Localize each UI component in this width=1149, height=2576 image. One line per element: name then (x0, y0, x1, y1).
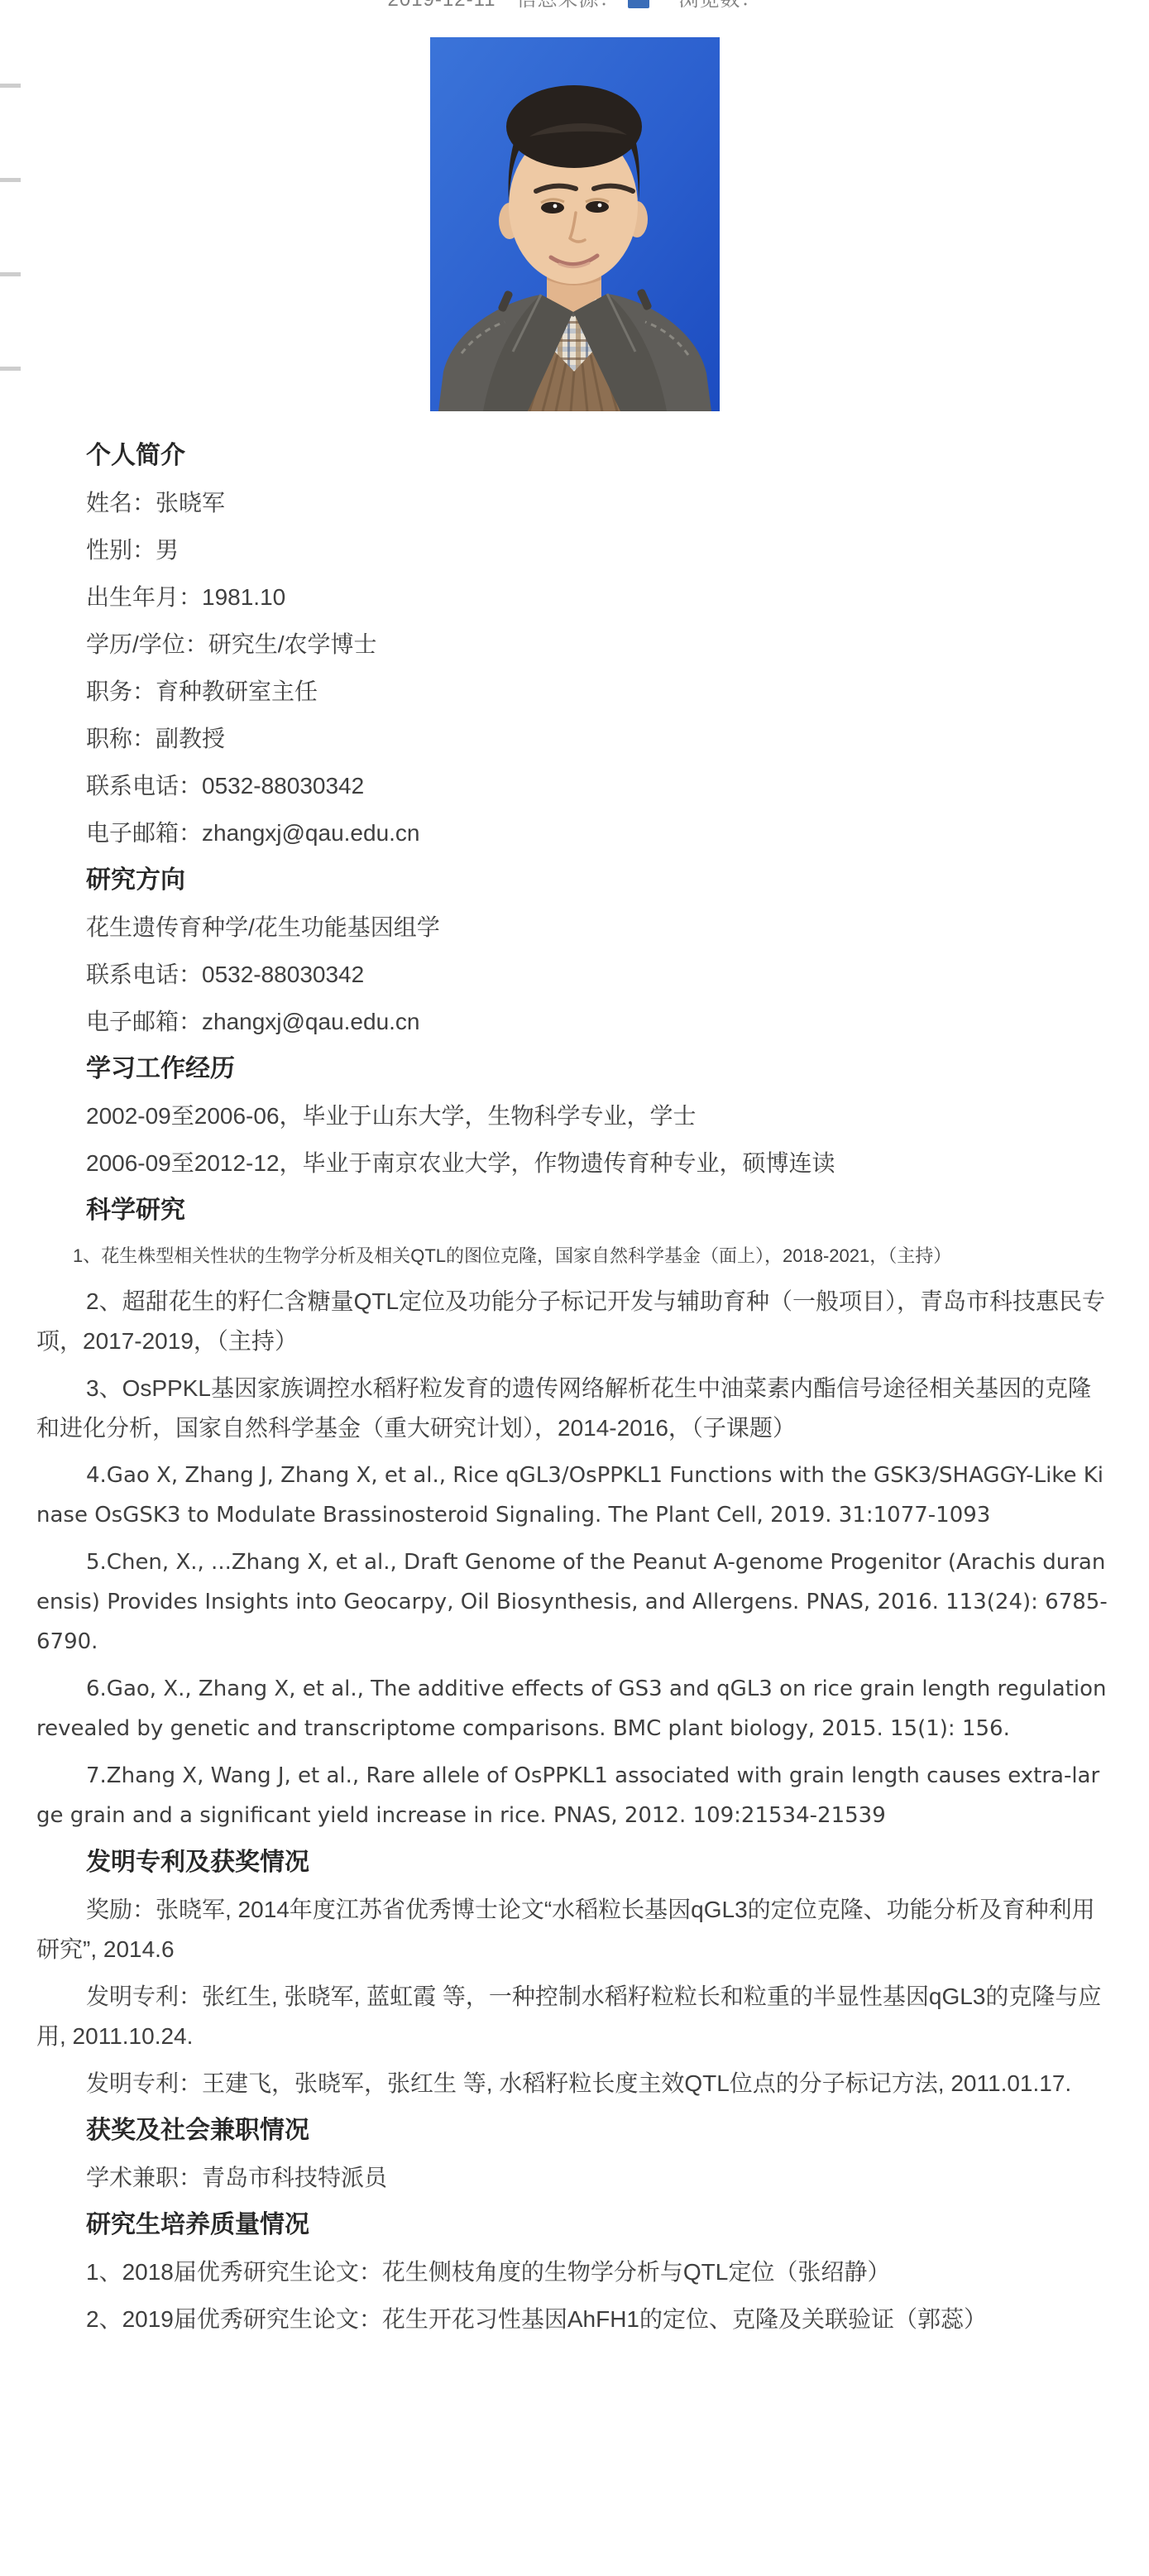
side-widget-dash (0, 367, 21, 371)
patent-item: 发明专利：王建飞，张晓军，张红生 等, 水稻籽粒长度主效QTL位点的分子标记方法… (36, 2064, 1113, 2103)
field-education-degree: 学历/学位：研究生/农学博士 (36, 625, 1113, 664)
project-item: 2、超甜花生的籽仁含糖量QTL定位及功能分子标记开发与辅助育种（一般项目），青岛… (36, 1282, 1113, 1361)
section-heading-personal-intro: 个人简介 (36, 436, 1113, 476)
profile-content: 个人简介 姓名：张晓军 性别：男 出生年月：1981.10 学历/学位：研究生/… (36, 436, 1113, 2339)
publication-item: 7.Zhang X, Wang J, et al., Rare allele o… (36, 1756, 1113, 1835)
meta-views-link-fragment[interactable] (628, 0, 649, 8)
section-heading-scientific-research: 科学研究 (36, 1191, 1113, 1230)
field-name: 姓名：张晓军 (36, 483, 1113, 523)
field-position: 职务：育种教研室主任 (36, 672, 1113, 712)
faculty-profile-page: 2019-12-11 信息来源： 浏览数： (0, 0, 1149, 2576)
thesis-item: 1、2018届优秀研究生论文：花生侧枝角度的生物学分析与QTL定位（张绍静） (36, 2252, 1113, 2292)
project-item: 1、花生株型相关性状的生物学分析及相关QTL的图位克隆，国家自然科学基金（面上）… (36, 1238, 1113, 1274)
profile-photo (430, 37, 720, 411)
portrait-illustration (430, 37, 720, 411)
experience-item: 2006-09至2012-12，毕业于南京农业大学，作物遗传育种专业，硕博连读 (36, 1144, 1113, 1183)
patent-item: 发明专利：张红生, 张晓军, 蓝虹霞 等，一种控制水稻籽粒粒长和粒重的半显性基因… (36, 1977, 1113, 2056)
publication-item: 5.Chen, X., ...Zhang X, et al., Draft Ge… (36, 1542, 1113, 1662)
section-heading-graduate-training: 研究生培养质量情况 (36, 2205, 1113, 2245)
field-phone: 联系电话：0532-88030342 (36, 955, 1113, 995)
side-widget-dash (0, 178, 21, 182)
publication-item: 4.Gao X, Zhang J, Zhang X, et al., Rice … (36, 1456, 1113, 1535)
field-email: 电子邮箱：zhangxj@qau.edu.cn (36, 813, 1113, 853)
meta-date-source: 2019-12-11 信息来源： (388, 0, 620, 11)
project-item: 3、OsPPKL基因家族调控水稻籽粒发育的遗传网络解析花生中油菜素内酯信号途径相… (36, 1369, 1113, 1448)
experience-item: 2002-09至2006-06，毕业于山东大学，生物科学专业，学士 (36, 1096, 1113, 1136)
field-birth-date: 出生年月：1981.10 (36, 578, 1113, 617)
side-widget-dash (0, 84, 21, 88)
section-heading-patents-awards: 发明专利及获奖情况 (36, 1843, 1113, 1883)
research-direction: 花生遗传育种学/花生功能基因组学 (36, 908, 1113, 947)
section-heading-research-direction: 研究方向 (36, 861, 1113, 900)
field-email: 电子邮箱：zhangxj@qau.edu.cn (36, 1002, 1113, 1042)
article-meta-line: 2019-12-11 信息来源： 浏览数： (0, 0, 1149, 12)
field-phone: 联系电话：0532-88030342 (36, 766, 1113, 806)
meta-views-label: 浏览数： (658, 0, 761, 11)
section-heading-social-positions: 获奖及社会兼职情况 (36, 2111, 1113, 2151)
thesis-item: 2、2019届优秀研究生论文：花生开花习性基因AhFH1的定位、克隆及关联验证（… (36, 2300, 1113, 2339)
field-title: 职称：副教授 (36, 719, 1113, 759)
field-gender: 性别：男 (36, 530, 1113, 570)
social-position-item: 学术兼职：青岛市科技特派员 (36, 2158, 1113, 2198)
award-item: 奖励：张晓军, 2014年度江苏省优秀博士论文“水稻粒长基因qGL3的定位克隆、… (36, 1890, 1113, 1969)
side-widget-dash (0, 272, 21, 276)
section-heading-education-experience: 学习工作经历 (36, 1049, 1113, 1089)
publication-item: 6.Gao, X., Zhang X, et al., The additive… (36, 1669, 1113, 1749)
